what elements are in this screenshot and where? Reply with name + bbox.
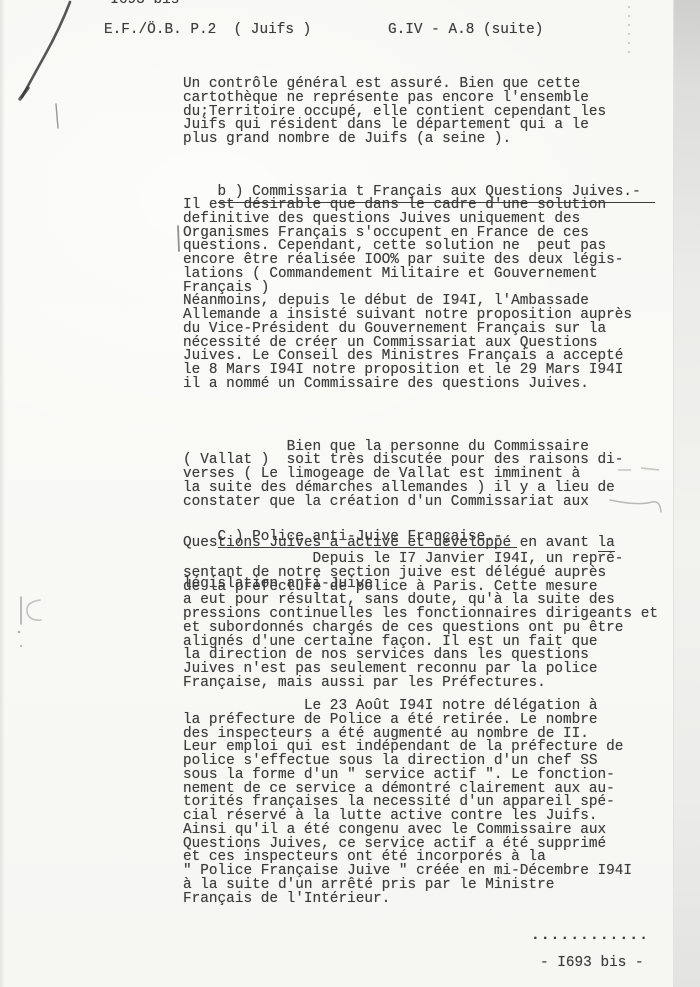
pen-stroke-diagonal	[22, 2, 70, 97]
pencil-dash-2	[641, 468, 659, 470]
paragraph-delegation: Depuis le I7 Janvier I94I, un repré- sen…	[183, 553, 658, 691]
scanned-document-page: - I693 bis - E.F./Ö.B. P.2 ( Juifs ) G.I…	[0, 0, 700, 987]
paragraph-controle-general: Un contrôle général est assuré. Bien que…	[183, 78, 606, 147]
pen-dash-below-stroke	[56, 104, 58, 128]
header-file-code: E.F./Ö.B. P.2 ( Juifs )	[104, 24, 311, 38]
footer-page-ref: - I693 bis -	[540, 957, 644, 971]
margin-ink-dot-1	[18, 631, 20, 633]
scan-right-edge	[673, 0, 700, 987]
paragraph-commissariat: Il est désirable que dans le cadre d'une…	[183, 199, 632, 392]
footer-dotted-line: ............	[531, 930, 649, 944]
paragraph-service-actif: Le 23 Août I94I notre délégation à la pr…	[183, 700, 632, 906]
header-dossier-code: G.IV - A.8 (suite)	[388, 24, 543, 38]
margin-tick-mark	[178, 226, 179, 251]
scan-left-edge	[0, 0, 5, 987]
underlined-word-la: la	[598, 535, 615, 552]
pen-stroke-diagonal-heel	[20, 88, 28, 99]
page-ref-top-cropped: - I693 bis -	[93, 0, 197, 9]
paragraph-vallat-lines: Bien que la personne du Commissaire ( Va…	[183, 441, 623, 510]
section-heading-c-label: C ) Police anti-Juive Française.-	[218, 529, 517, 548]
margin-scribble-curve	[27, 600, 41, 620]
margin-ink-dot-2	[20, 645, 22, 647]
